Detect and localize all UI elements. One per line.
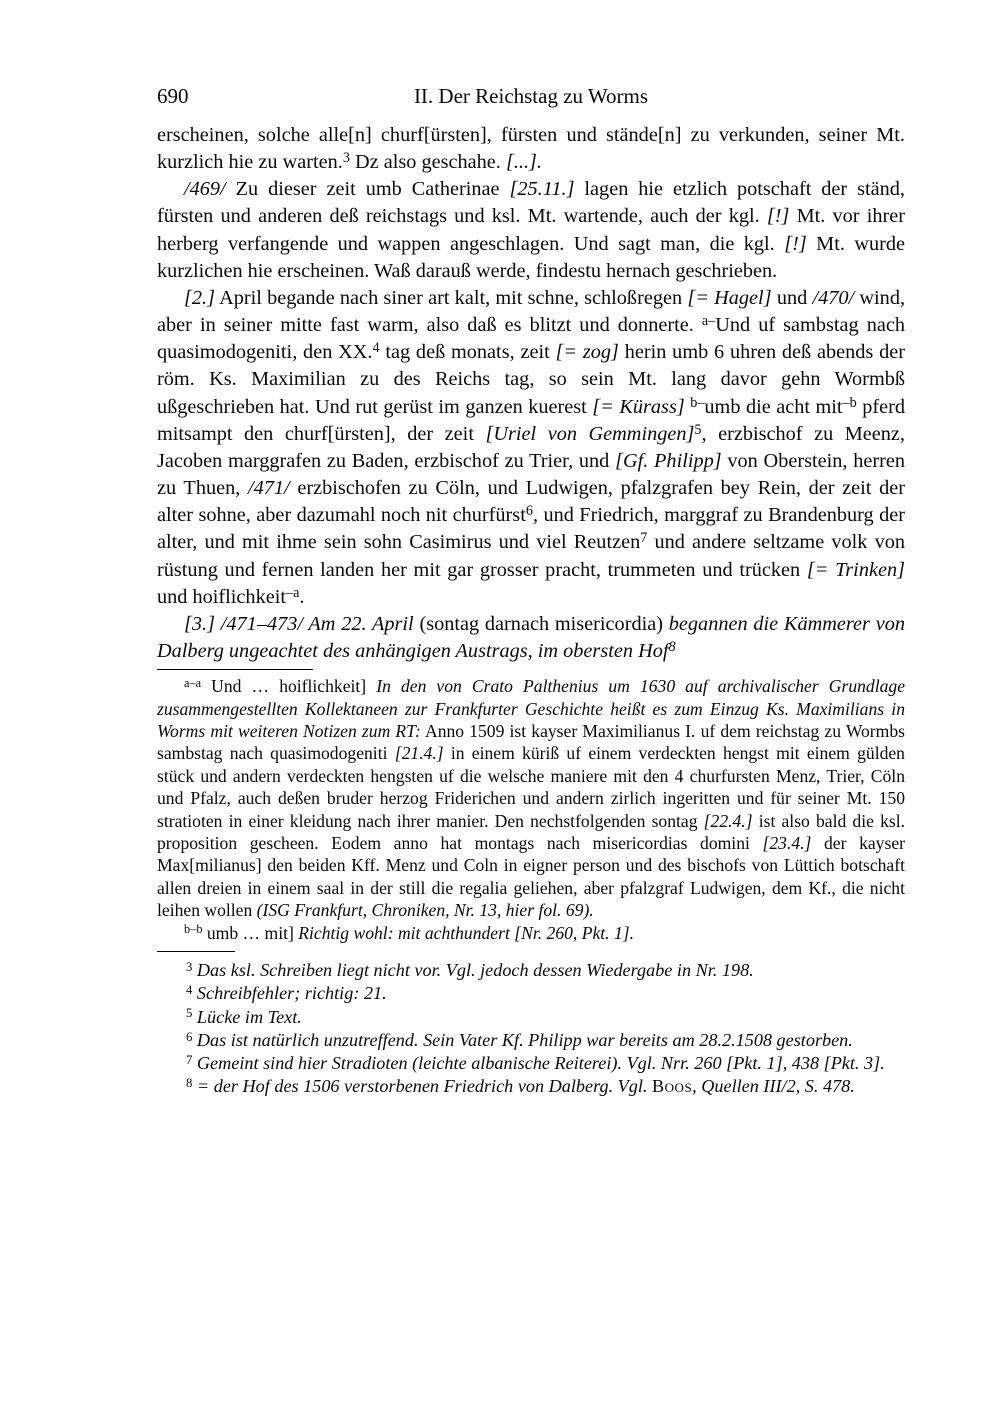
text-run: [= Kürass] — [592, 396, 684, 418]
book-page: 690 II. Der Reichstag zu Worms erscheine… — [0, 0, 1004, 1418]
text-run: [22.4.] — [704, 811, 753, 831]
text-run: (sontag darnach misericordia) — [414, 613, 669, 635]
footnote-separator-rule — [157, 951, 235, 952]
text-run: –b — [843, 395, 857, 411]
critical-apparatus: a–a Und … hoiflichkeit] In den von Crato… — [157, 675, 905, 944]
text-run: Und … hoiflichkeit] — [201, 676, 376, 696]
text-run: –a — [286, 585, 299, 601]
text-run: 3 — [343, 150, 350, 166]
apparatus-note-a: a–a Und … hoiflichkeit] In den von Crato… — [157, 675, 905, 921]
text-run: Schreibfehler; richtig: 21. — [192, 983, 386, 1003]
page-number: 690 — [157, 84, 189, 109]
text-run: [= zog] — [556, 341, 619, 363]
body-paragraph-1: erscheinen, solche alle[n] churf[ürsten]… — [157, 122, 905, 176]
text-run: [25.11.] — [509, 178, 574, 200]
text-run: umb die acht mit — [704, 396, 842, 418]
running-title: II. Der Reichstag zu Worms — [157, 84, 905, 109]
footnote-3: 3 Das ksl. Schreiben liegt nicht vor. Vg… — [157, 959, 905, 982]
text-run: umb … mit] — [202, 923, 298, 943]
text-run: b– — [690, 395, 704, 411]
text-run: = der Hof des 1506 verstorbenen Friedric… — [192, 1076, 652, 1096]
text-run: /469/ — [184, 178, 226, 200]
footnote-5: 5 Lücke im Text. — [157, 1006, 905, 1029]
text-run: Gemeint sind hier Stradioten (leichte al… — [192, 1053, 884, 1073]
text-run: Lücke im Text. — [192, 1007, 301, 1027]
text-run: 7 — [640, 530, 647, 546]
apparatus-separator-rule — [157, 669, 313, 670]
text-run: [= Hagel] — [687, 287, 771, 309]
text-run: und — [772, 287, 813, 309]
text-run: . — [299, 586, 304, 608]
text-run: und hoiflichkeit — [157, 586, 286, 608]
text-block: 690 II. Der Reichstag zu Worms erscheine… — [157, 84, 905, 1099]
text-run: April begande nach siner art kalt, mit s… — [215, 287, 687, 309]
text-run: [Gf. Philipp] — [615, 450, 722, 472]
text-run: Boos — [652, 1076, 692, 1096]
text-run: 3 — [186, 960, 192, 974]
footnote-6: 6 Das ist natürlich unzutreffend. Sein V… — [157, 1029, 905, 1052]
footnote-8: 8 = der Hof des 1506 verstorbenen Friedr… — [157, 1075, 905, 1098]
footnote-7: 7 Gemeint sind hier Stradioten (leichte … — [157, 1052, 905, 1075]
text-run: Zu dieser zeit umb Catherinae — [226, 178, 510, 200]
apparatus-note-b: b–b umb … mit] Richtig wohl: mit achthun… — [157, 922, 905, 944]
text-run: 6 — [186, 1030, 192, 1044]
body-paragraph-2: /469/ Zu dieser zeit umb Catherinae [25.… — [157, 176, 905, 285]
text-run: 5 — [186, 1006, 192, 1020]
text-run: Richtig wohl: mit achthundert [Nr. 260, … — [298, 923, 634, 943]
text-run: a– — [702, 313, 715, 329]
text-run: , Quellen III/2, S. 478. — [692, 1076, 855, 1096]
footnote-4: 4 Schreibfehler; richtig: 21. — [157, 982, 905, 1005]
text-run: [2.] — [184, 287, 215, 309]
text-run: [...]. — [506, 151, 542, 173]
text-run: b–b — [184, 922, 202, 936]
text-run: [!] — [767, 205, 790, 227]
text-run: /470/ — [812, 287, 854, 309]
text-run: 8 — [669, 639, 676, 655]
text-run: 4 — [186, 983, 192, 997]
text-run: 8 — [186, 1076, 192, 1090]
running-head: 690 II. Der Reichstag zu Worms — [157, 84, 905, 112]
text-run: [!] — [784, 233, 807, 255]
text-run: 7 — [186, 1053, 192, 1067]
text-run: [23.4.] — [763, 833, 812, 853]
text-run: Das ksl. Schreiben liegt nicht vor. Vgl.… — [192, 960, 753, 980]
text-run: Dz also geschahe. — [350, 151, 506, 173]
text-run: Das ist natürlich unzutreffend. Sein Vat… — [192, 1030, 852, 1050]
main-text: erscheinen, solche alle[n] churf[ürsten]… — [157, 122, 905, 665]
text-run: 5 — [694, 422, 701, 438]
footnotes-block: 3 Das ksl. Schreiben liegt nicht vor. Vg… — [157, 959, 905, 1099]
text-run: [= Trinken] — [807, 559, 905, 581]
text-run: a–a — [184, 676, 201, 690]
text-run: 6 — [526, 503, 533, 519]
text-run: [3.] /471–473/ Am 22. April — [184, 613, 414, 635]
text-run: /471/ — [248, 477, 290, 499]
text-run: [Uriel von Gemmingen] — [485, 423, 694, 445]
text-run: 4 — [372, 340, 379, 356]
text-run: tag deß monats, zeit — [380, 341, 556, 363]
body-paragraph-4: [3.] /471–473/ Am 22. April (sontag darn… — [157, 611, 905, 665]
text-run: [21.4.] — [395, 743, 444, 763]
text-run: (ISG Frankfurt, Chroniken, Nr. 13, hier … — [257, 900, 594, 920]
body-paragraph-3: [2.] April begande nach siner art kalt, … — [157, 285, 905, 611]
